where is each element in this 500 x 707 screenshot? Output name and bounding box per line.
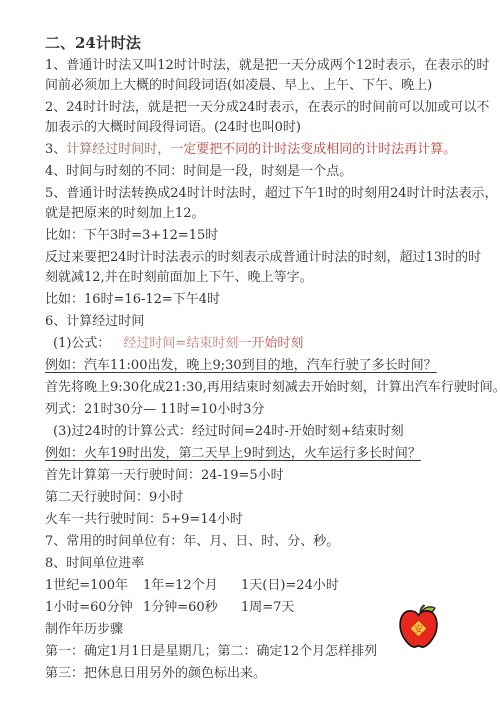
- formula-1-label: (1)公式：: [53, 336, 110, 351]
- paragraph-1-line-1: 1、普通计时法又叫12时计时法，就是把一天分成两个12时表示，在表示的时: [45, 56, 472, 76]
- example-1-question: 例如：汽车11:00出发，晚上9;30到目的地，汽车行驶了多长时间？: [45, 356, 472, 376]
- paragraph-2-line-1: 2、24时计时法，就是把一天分成24时表示，在表示的时间前可以加或可以不: [45, 98, 472, 118]
- paragraph-3-highlighted: 3、计算经过时间时，一定要把不同的计时法变成相同的计时法再计算。: [45, 140, 472, 160]
- paragraph-12: 第三：把休息日用另外的颜色标出来。: [45, 664, 472, 684]
- unit-minute: 1分钟=60秒: [143, 598, 241, 618]
- apple-character: 安: [414, 623, 424, 635]
- paragraph-3-lead: 计算经过时间时，: [66, 142, 170, 157]
- paragraph-6-line-1: 反过来要把24时计时法表示的时刻表示成普通计时法的时刻，超过13时的时: [45, 248, 472, 268]
- paragraph-4: 4、时间与时刻的不同：时间是一段，时刻是一个点。: [45, 162, 472, 182]
- paragraph-3-emphasis: 一定要把不同的计时法变成相同的计时法再计算。: [170, 142, 456, 157]
- formula-1-line: (1)公式：经过时间=结束时刻一开始时刻: [45, 334, 472, 354]
- example-a: 比如：下午3时=3+12=15时: [45, 226, 472, 246]
- formula-1-part1: 经过时间=结束时刻: [123, 336, 238, 351]
- paragraph-5-line-2: 就是把原来的时刻加上12。: [45, 204, 472, 224]
- unit-century: 1世纪=100年: [45, 576, 143, 596]
- section-heading: 二、24计时法: [45, 33, 472, 54]
- paragraph-1-line-2: 间前必须加上大概的时间段词语(如凌晨、早上、上午、下午、晚上): [45, 76, 472, 96]
- formula-2-line: (3)过24时的计算公式：经过时间=24时-开始时刻+结束时刻: [45, 422, 472, 442]
- example-2-step-2: 第二天行驶时间：9小时: [45, 488, 472, 508]
- paragraph-2-line-2: 加表示的大概时间段得词语。(24时也叫0时): [45, 118, 472, 138]
- document-page: 二、24计时法 1、普通计时法又叫12时计时法，就是把一天分成两个12时表示，在…: [0, 0, 500, 707]
- unit-day: 1天(日)=24小时: [241, 576, 339, 596]
- example-1-calculation: 列式：21时30分— 11时=10小时3分: [45, 400, 472, 420]
- example-1-step: 首先将晚上9:30化成21:30,再用结束时刻减去开始时刻，计算出汽车行驶时间。: [45, 378, 472, 398]
- apple-seal-icon: 安: [398, 603, 439, 650]
- unit-year: 1年=12个月: [143, 576, 241, 596]
- unit-week: 1周=7天: [241, 598, 294, 618]
- units-row-1: 1世纪=100年1年=12个月1天(日)=24小时: [45, 576, 472, 596]
- paragraph-8: 7、常用的时间单位有：年、月、日、时、分、秒。: [45, 532, 472, 552]
- example-2-step-3: 火车一共行驶时间：5+9=14小时: [45, 510, 472, 530]
- example-2-step-1: 首先计算第一天行驶时间：24-19=5小时: [45, 466, 472, 486]
- formula-1-part2: 一开始时刻: [238, 336, 303, 351]
- paragraph-3-number: 3、: [45, 142, 66, 157]
- paragraph-5-line-1: 5、普通计时法转换成24时计时法时，超过下午1时的时刻用24时计时法表示，: [45, 184, 472, 204]
- example-2-question: 例如：火车19时出发，第二天早上9时到达，火车运行多长时间？: [45, 444, 472, 464]
- unit-hour: 1小时=60分钟: [45, 598, 143, 618]
- paragraph-9: 8、时间单位进率: [45, 554, 472, 574]
- paragraph-7: 6、计算经过时间: [45, 312, 472, 332]
- paragraph-6-line-2: 刻就减12,并在时刻前面加上下午、晚上等字。: [45, 268, 472, 288]
- example-b: 比如：16时=16-12=下午4时: [45, 290, 472, 310]
